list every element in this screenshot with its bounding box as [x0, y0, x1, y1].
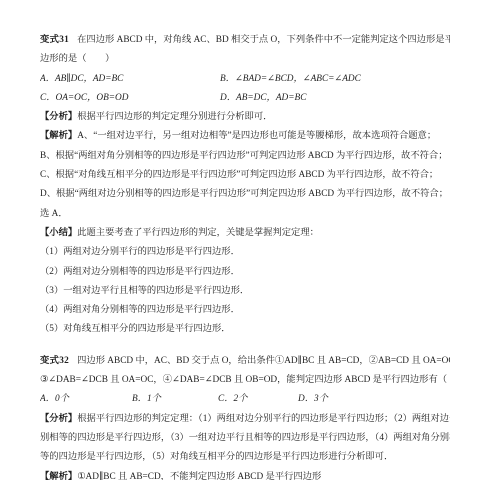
p32-solution-text: ①AD∥BC 且 AB=CD，不能判定四边形 ABCD 是平行四边形 [77, 472, 321, 480]
p31-solution-line-b: B、根据“两组对角分别相等的四边形是平行四边形”可判定四边形 ABCD 为平行四… [40, 147, 450, 166]
p31-summary: 【小结】此题主要考查了平行四边形的判定，关键是掌握判定定理： [40, 224, 450, 243]
p31-problem-label: 变式31 [40, 35, 69, 45]
p31-solution-label: 【解析】 [40, 131, 77, 141]
p31-summary-intro: 此题主要考查了平行四边形的判定，关键是掌握判定定理： [77, 228, 319, 238]
p31-solution-line-d: D、根据“两组对边分别相等的四边形是平行四边形”可判定四边形 ABCD 为平行四… [40, 185, 450, 204]
p31-option-b: B．∠BAD=∠BCD，∠ABC=∠ADC [220, 70, 361, 89]
p31-summary-item-2: （2）两组对边分别相等的四边形是平行四边形． [40, 263, 450, 282]
p32-option-c: C．2个 [218, 390, 298, 409]
p31-option-a: A．AB∥DC，AD=BC [40, 70, 220, 89]
p32-option-d: D．3个 [298, 390, 328, 409]
p31-summary-item-5: （5）对角线互相平分的四边形是平行四边形． [40, 320, 450, 339]
p31-analysis-label: 【分析】 [40, 112, 77, 122]
p31-summary-label: 【小结】 [40, 228, 77, 238]
p31-solution-line-c: C、根据“对角线互相平分的四边形是平行四边形”可判定四边形 ABCD 为平行四边… [40, 166, 450, 185]
p32-solution-label: 【解析】 [40, 472, 77, 480]
p32-analysis-label: 【分析】 [40, 414, 77, 424]
p31-question-text1: 在四边形 ABCD 中，对角线 AC、BD 相交于点 O，下列条件中不一定能判定… [77, 35, 450, 45]
p32-question-text1: 四边形 ABCD 中，AC、BD 交于点 O，给出条件①AD∥BC 且 AB=C… [77, 356, 450, 366]
p31-option-c: C．OA=OC，OB=OD [40, 89, 220, 108]
p31-analysis-text: 根据平行四边形的判定定理分别进行分析即可． [77, 112, 272, 122]
p32-solution-partial-line: 【解析】①AD∥BC 且 AB=CD，不能判定四边形 ABCD 是平行四边形 [40, 468, 450, 480]
p31-question-line1: 变式31在四边形 ABCD 中，对角线 AC、BD 相交于点 O，下列条件中不一… [40, 31, 450, 50]
p31-summary-item-1: （1）两组对边分别平行的四边形是平行四边形． [40, 243, 450, 262]
p31-solution-line-a: 【解析】A、“一组对边平行，另一组对边相等”是四边形也可能是等腰梯形，故本选项符… [40, 127, 450, 146]
p32-analysis-line1: 【分析】根据平行四边形的判定定理：（1）两组对边分别平行的四边形是平行四边形；（… [40, 410, 450, 429]
p32-option-a: A．0个 [40, 390, 132, 409]
p31-answer: 选 A． [40, 205, 450, 224]
p32-option-b: B．1个 [132, 390, 218, 409]
document-page: 变式31在四边形 ABCD 中，对角线 AC、BD 相交于点 O，下列条件中不一… [0, 0, 480, 480]
p31-question-line2: 边形的是（ ） [40, 50, 450, 69]
p32-analysis-text1: 根据平行四边形的判定定理：（1）两组对边分别平行的四边形是平行四边形；（2）两组… [77, 414, 450, 424]
p32-analysis-line2: 别相等的四边形是平行四边形，（3）一组对边平行且相等的四边形是平行四边形，（4）… [40, 429, 450, 448]
p31-solution-text-a: A、“一组对边平行，另一组对边相等”是四边形也可能是等腰梯形，故本选项符合题意； [77, 131, 436, 141]
p32-options-row: A．0个 B．1个 C．2个 D．3个 [40, 390, 450, 409]
p32-analysis-line3: 等的四边形是平行四边形，（5）对角线互相平分的四边形是平行四边形进行分析即可． [40, 448, 450, 467]
p31-summary-item-4: （4）两组对角分别相等的四边形是平行四边形． [40, 301, 450, 320]
p31-option-d: D．AB=DC，AD=BC [220, 89, 306, 108]
p32-question-line2: ③∠DAB=∠DCB 且 OA=OC，④∠DAB=∠DCB 且 OB=OD，能判… [40, 371, 450, 390]
p31-options-row1: A．AB∥DC，AD=BC B．∠BAD=∠BCD，∠ABC=∠ADC [40, 70, 450, 89]
p32-problem-label: 变式32 [40, 356, 69, 366]
p31-analysis: 【分析】根据平行四边形的判定定理分别进行分析即可． [40, 108, 450, 127]
p31-summary-item-3: （3）一组对边平行且相等的四边形是平行四边形． [40, 282, 450, 301]
p31-options-row2: C．OA=OC，OB=OD D．AB=DC，AD=BC [40, 89, 450, 108]
p32-question-line1: 变式32四边形 ABCD 中，AC、BD 交于点 O，给出条件①AD∥BC 且 … [40, 352, 450, 371]
